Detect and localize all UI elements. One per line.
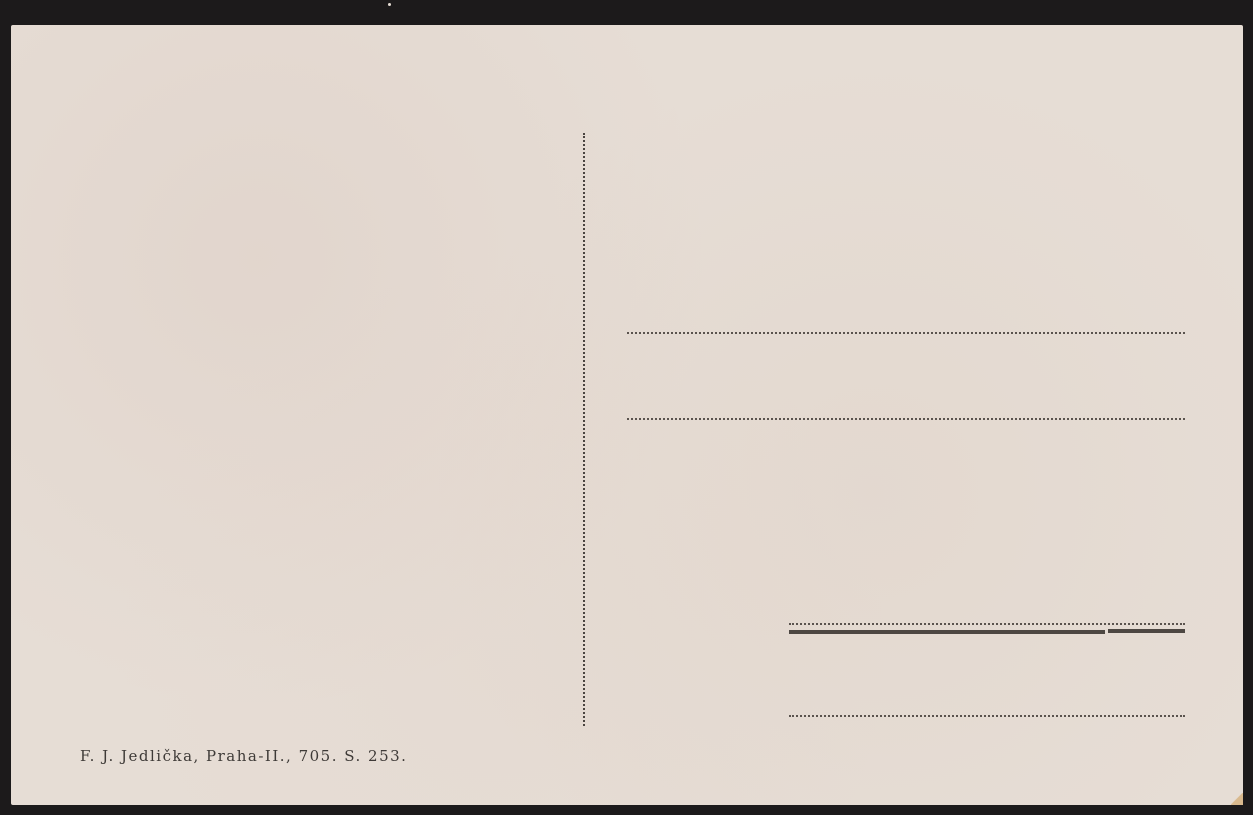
worn-corner: [1231, 793, 1243, 805]
publisher-imprint: F. J. Jedlička, Praha-II., 705. S. 253.: [80, 747, 407, 765]
address-line-3-solid: [789, 630, 1105, 634]
address-line-1: [627, 332, 1185, 334]
postcard-back: F. J. Jedlička, Praha-II., 705. S. 253.: [11, 25, 1243, 805]
center-dotted-divider: [583, 133, 585, 726]
address-line-2: [627, 418, 1185, 420]
address-line-4: [789, 715, 1185, 717]
address-line-3-solid-end: [1108, 629, 1185, 633]
dust-speck: [388, 3, 391, 6]
address-line-3-dotted: [789, 623, 1185, 625]
